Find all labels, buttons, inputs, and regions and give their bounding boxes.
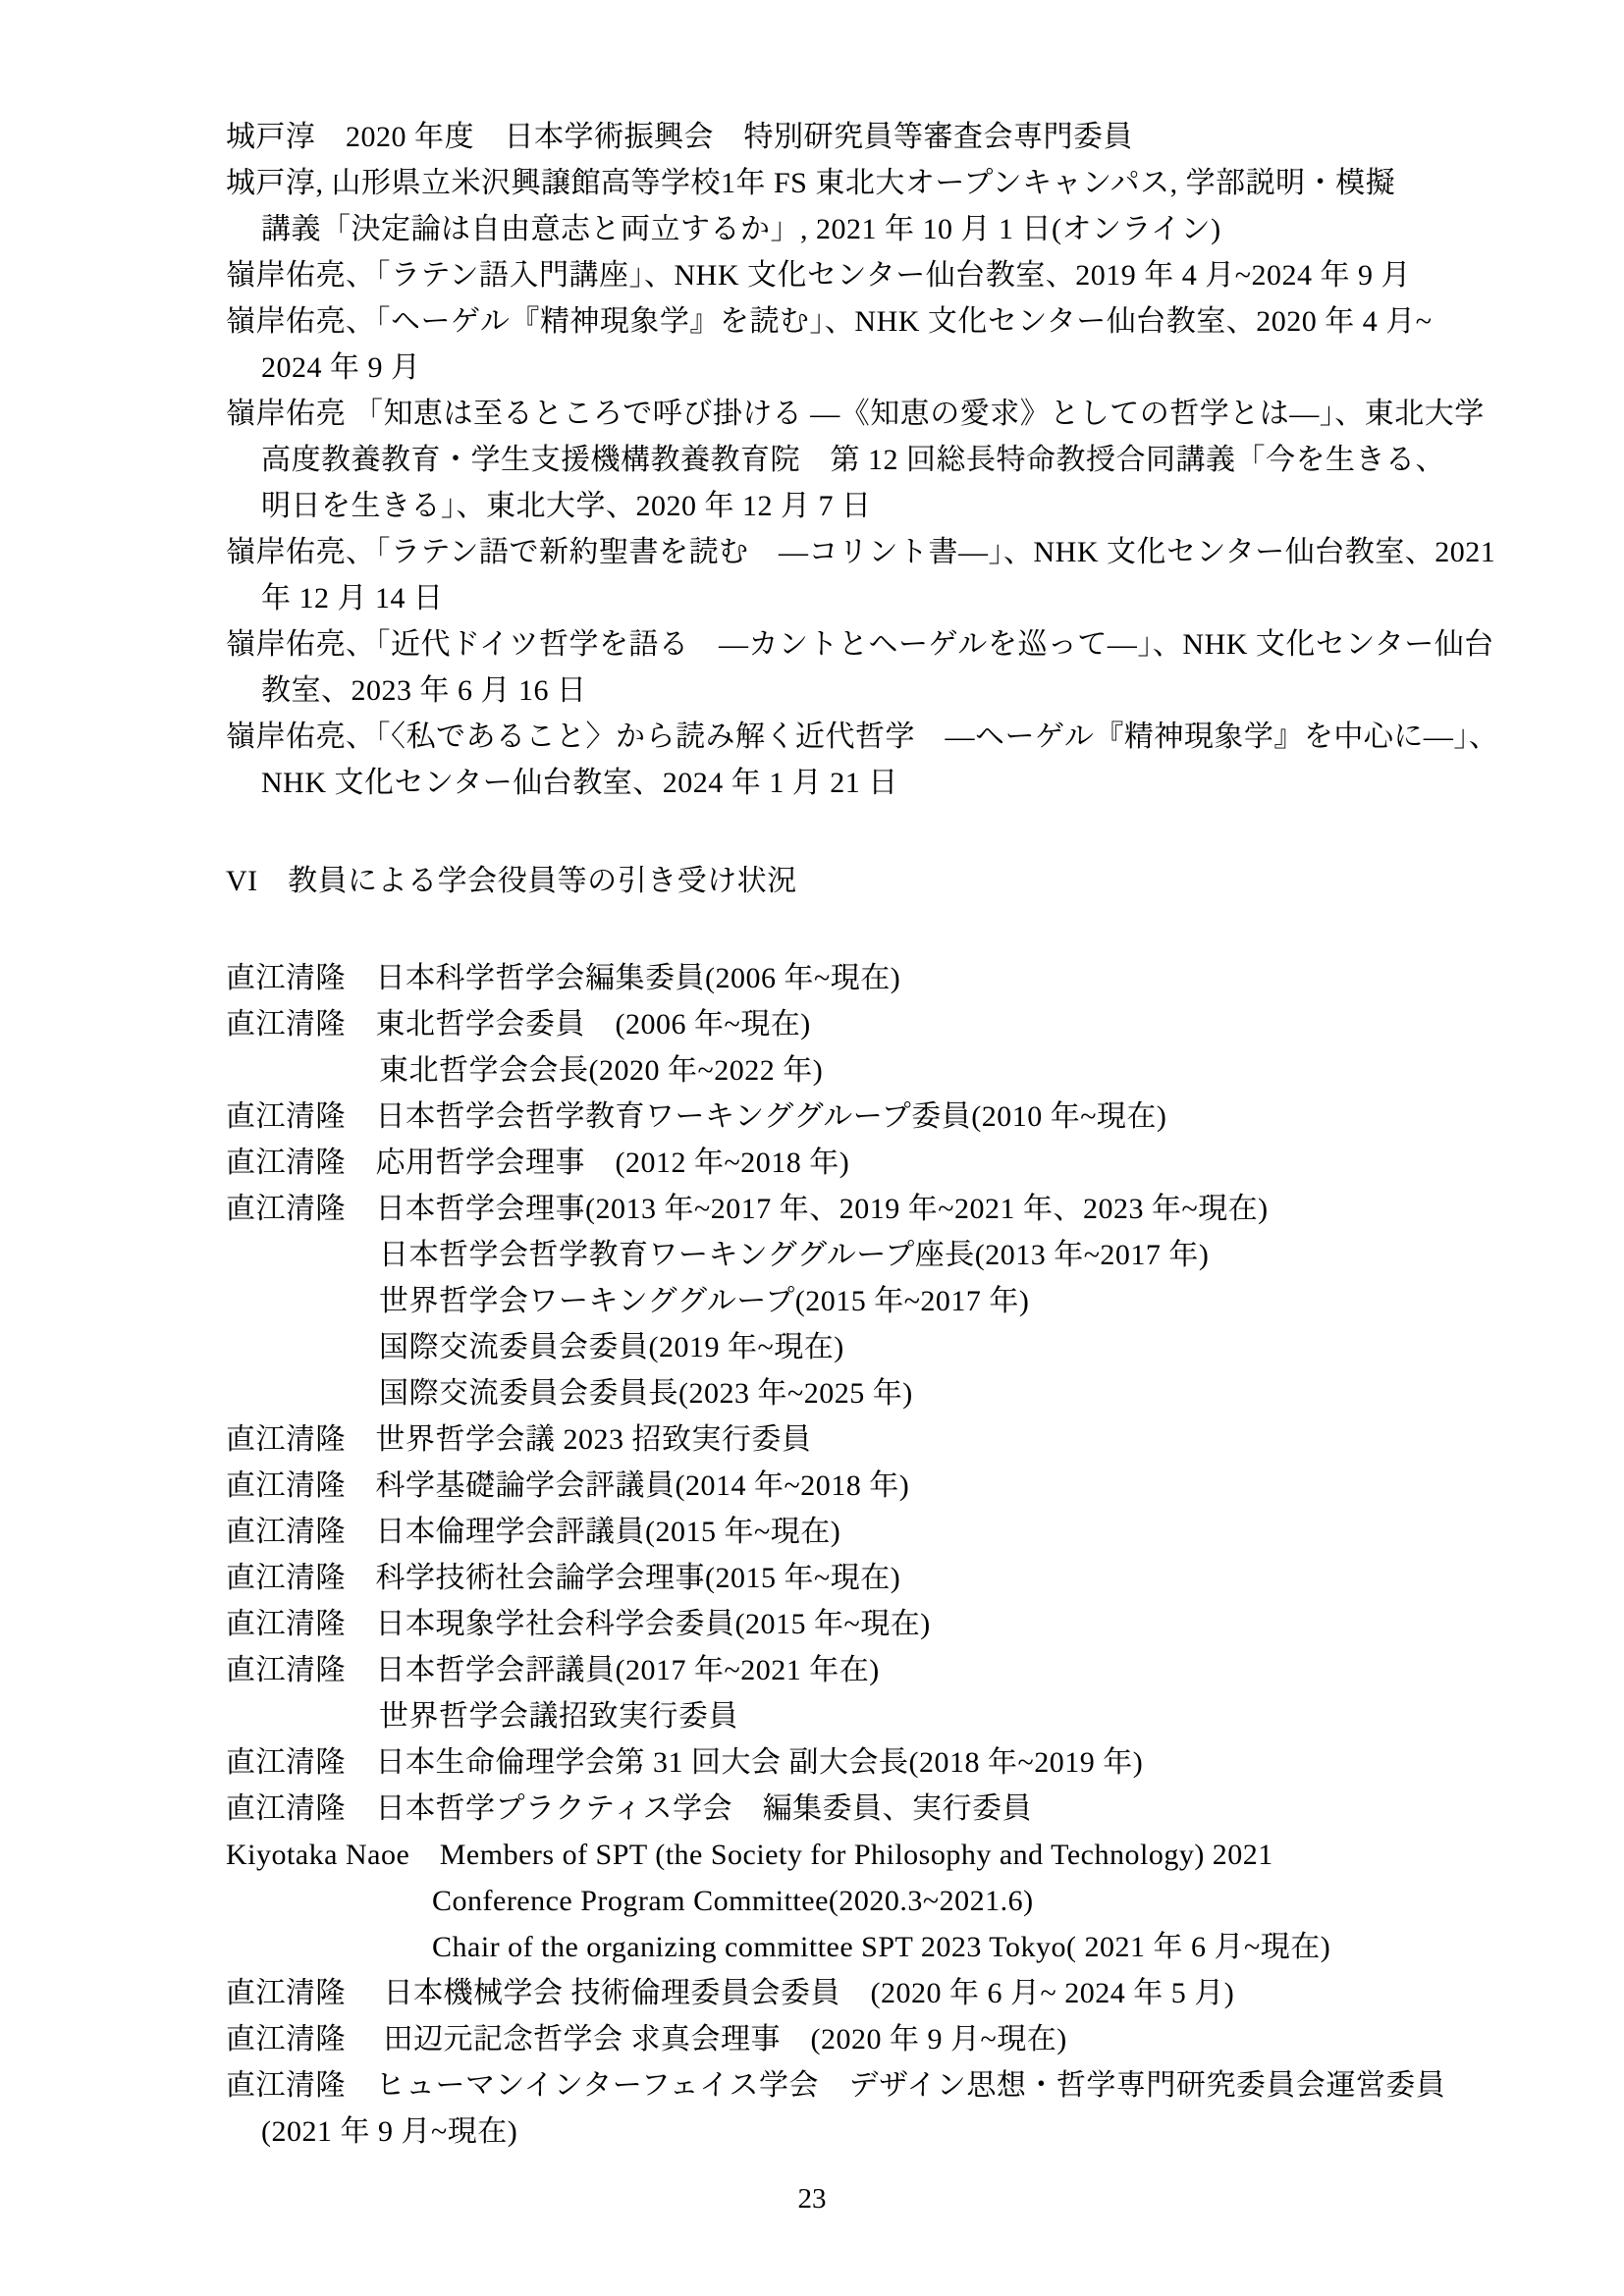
page-number: 23 (0, 2181, 1624, 2216)
outreach-line: 嶺岸佑亮、「〈私であること〉から読み解く近代哲学 ―ヘーゲル『精神現象学』を中心… (226, 714, 1473, 760)
committee-line: 直江清隆 田辺元記念哲学会 求真会理事 (2020 年 9 月~現在) (226, 2016, 1473, 2062)
committee-line: 国際交流委員会委員(2019 年~現在) (226, 1324, 1473, 1370)
document-page: 城戸淳 2020 年度 日本学術振興会 特別研究員等審査会専門委員 城戸淳, 山… (0, 0, 1624, 2296)
outreach-line: 教室、2023 年 6 月 16 日 (226, 667, 1473, 714)
outreach-line: 年 12 月 14 日 (226, 575, 1473, 621)
outreach-line: 嶺岸佑亮 「知恵は至るところで呼び掛ける ―《知恵の愛求》としての哲学とは―」、… (226, 391, 1473, 437)
committee-list: 直江清隆 日本科学哲学会編集委員(2006 年~現在) 直江清隆 東北哲学会委員… (226, 955, 1473, 2155)
outreach-line: NHK 文化センター仙台教室、2024 年 1 月 21 日 (226, 760, 1473, 806)
committee-line: 世界哲学会議招致実行委員 (226, 1693, 1473, 1739)
outreach-line: 嶺岸佑亮、「近代ドイツ哲学を語る ―カントとヘーゲルを巡って―」、NHK 文化セ… (226, 621, 1473, 667)
committee-line: 直江清隆 科学技術社会論学会理事(2015 年~現在) (226, 1555, 1473, 1601)
committee-line: Conference Program Committee(2020.3~2021… (226, 1878, 1473, 1924)
committee-line: 直江清隆 世界哲学会議 2023 招致実行委員 (226, 1416, 1473, 1463)
page-content: 城戸淳 2020 年度 日本学術振興会 特別研究員等審査会専門委員 城戸淳, 山… (226, 114, 1473, 2155)
committee-line: 直江清隆 日本現象学社会科学会委員(2015 年~現在) (226, 1601, 1473, 1647)
outreach-line: 嶺岸佑亮、「ラテン語入門講座」、NHK 文化センター仙台教室、2019 年 4 … (226, 252, 1473, 298)
committee-line: 東北哲学会会長(2020 年~2022 年) (226, 1047, 1473, 1094)
outreach-line: 明日を生きる」、東北大学、2020 年 12 月 7 日 (226, 483, 1473, 529)
committee-line: 直江清隆 日本哲学会評議員(2017 年~2021 年在) (226, 1647, 1473, 1693)
section-heading: VI 教員による学会役員等の引き受け状況 (226, 858, 1473, 904)
outreach-line: 城戸淳 2020 年度 日本学術振興会 特別研究員等審査会専門委員 (226, 114, 1473, 160)
committee-line: Kiyotaka Naoe Members of SPT (the Societ… (226, 1832, 1473, 1878)
committee-line: 直江清隆 日本哲学プラクティス学会 編集委員、実行委員 (226, 1786, 1473, 1832)
outreach-list: 城戸淳 2020 年度 日本学術振興会 特別研究員等審査会専門委員 城戸淳, 山… (226, 114, 1473, 806)
outreach-line: 高度教養教育・学生支援機構教養教育院 第 12 回総長特命教授合同講義「今を生き… (226, 437, 1473, 483)
committee-line: 直江清隆 日本哲学会理事(2013 年~2017 年、2019 年~2021 年… (226, 1186, 1473, 1232)
committee-line: 直江清隆 科学基礎論学会評議員(2014 年~2018 年) (226, 1463, 1473, 1509)
committee-line: 直江清隆 日本機械学会 技術倫理委員会委員 (2020 年 6 月~ 2024 … (226, 1970, 1473, 2016)
committee-line: 直江清隆 日本科学哲学会編集委員(2006 年~現在) (226, 955, 1473, 1001)
committee-line: Chair of the organizing committee SPT 20… (226, 1924, 1473, 1970)
committee-line: 世界哲学会ワーキンググループ(2015 年~2017 年) (226, 1278, 1473, 1324)
committee-line: (2021 年 9 月~現在) (226, 2109, 1473, 2155)
committee-line: 日本哲学会哲学教育ワーキンググループ座長(2013 年~2017 年) (226, 1232, 1473, 1278)
committee-line: 直江清隆 ヒューマンインターフェイス学会 デザイン思想・哲学専門研究委員会運営委… (226, 2062, 1473, 2109)
outreach-line: 講義「決定論は自由意志と両立するか」, 2021 年 10 月 1 日(オンライ… (226, 206, 1473, 252)
outreach-line: 2024 年 9 月 (226, 345, 1473, 391)
committee-line: 直江清隆 東北哲学会委員 (2006 年~現在) (226, 1001, 1473, 1047)
committee-line: 直江清隆 日本哲学会哲学教育ワーキンググループ委員(2010 年~現在) (226, 1094, 1473, 1140)
committee-line: 直江清隆 応用哲学会理事 (2012 年~2018 年) (226, 1140, 1473, 1186)
outreach-line: 城戸淳, 山形県立米沢興譲館高等学校1年 FS 東北大オープンキャンパス, 学部… (226, 160, 1473, 206)
committee-line: 直江清隆 日本倫理学会評議員(2015 年~現在) (226, 1509, 1473, 1555)
outreach-line: 嶺岸佑亮、「ヘーゲル『精神現象学』を読む」、NHK 文化センター仙台教室、202… (226, 298, 1473, 345)
committee-line: 国際交流委員会委員長(2023 年~2025 年) (226, 1370, 1473, 1416)
outreach-line: 嶺岸佑亮、「ラテン語で新約聖書を読む ―コリント書―」、NHK 文化センター仙台… (226, 529, 1473, 575)
committee-line: 直江清隆 日本生命倫理学会第 31 回大会 副大会長(2018 年~2019 年… (226, 1739, 1473, 1786)
